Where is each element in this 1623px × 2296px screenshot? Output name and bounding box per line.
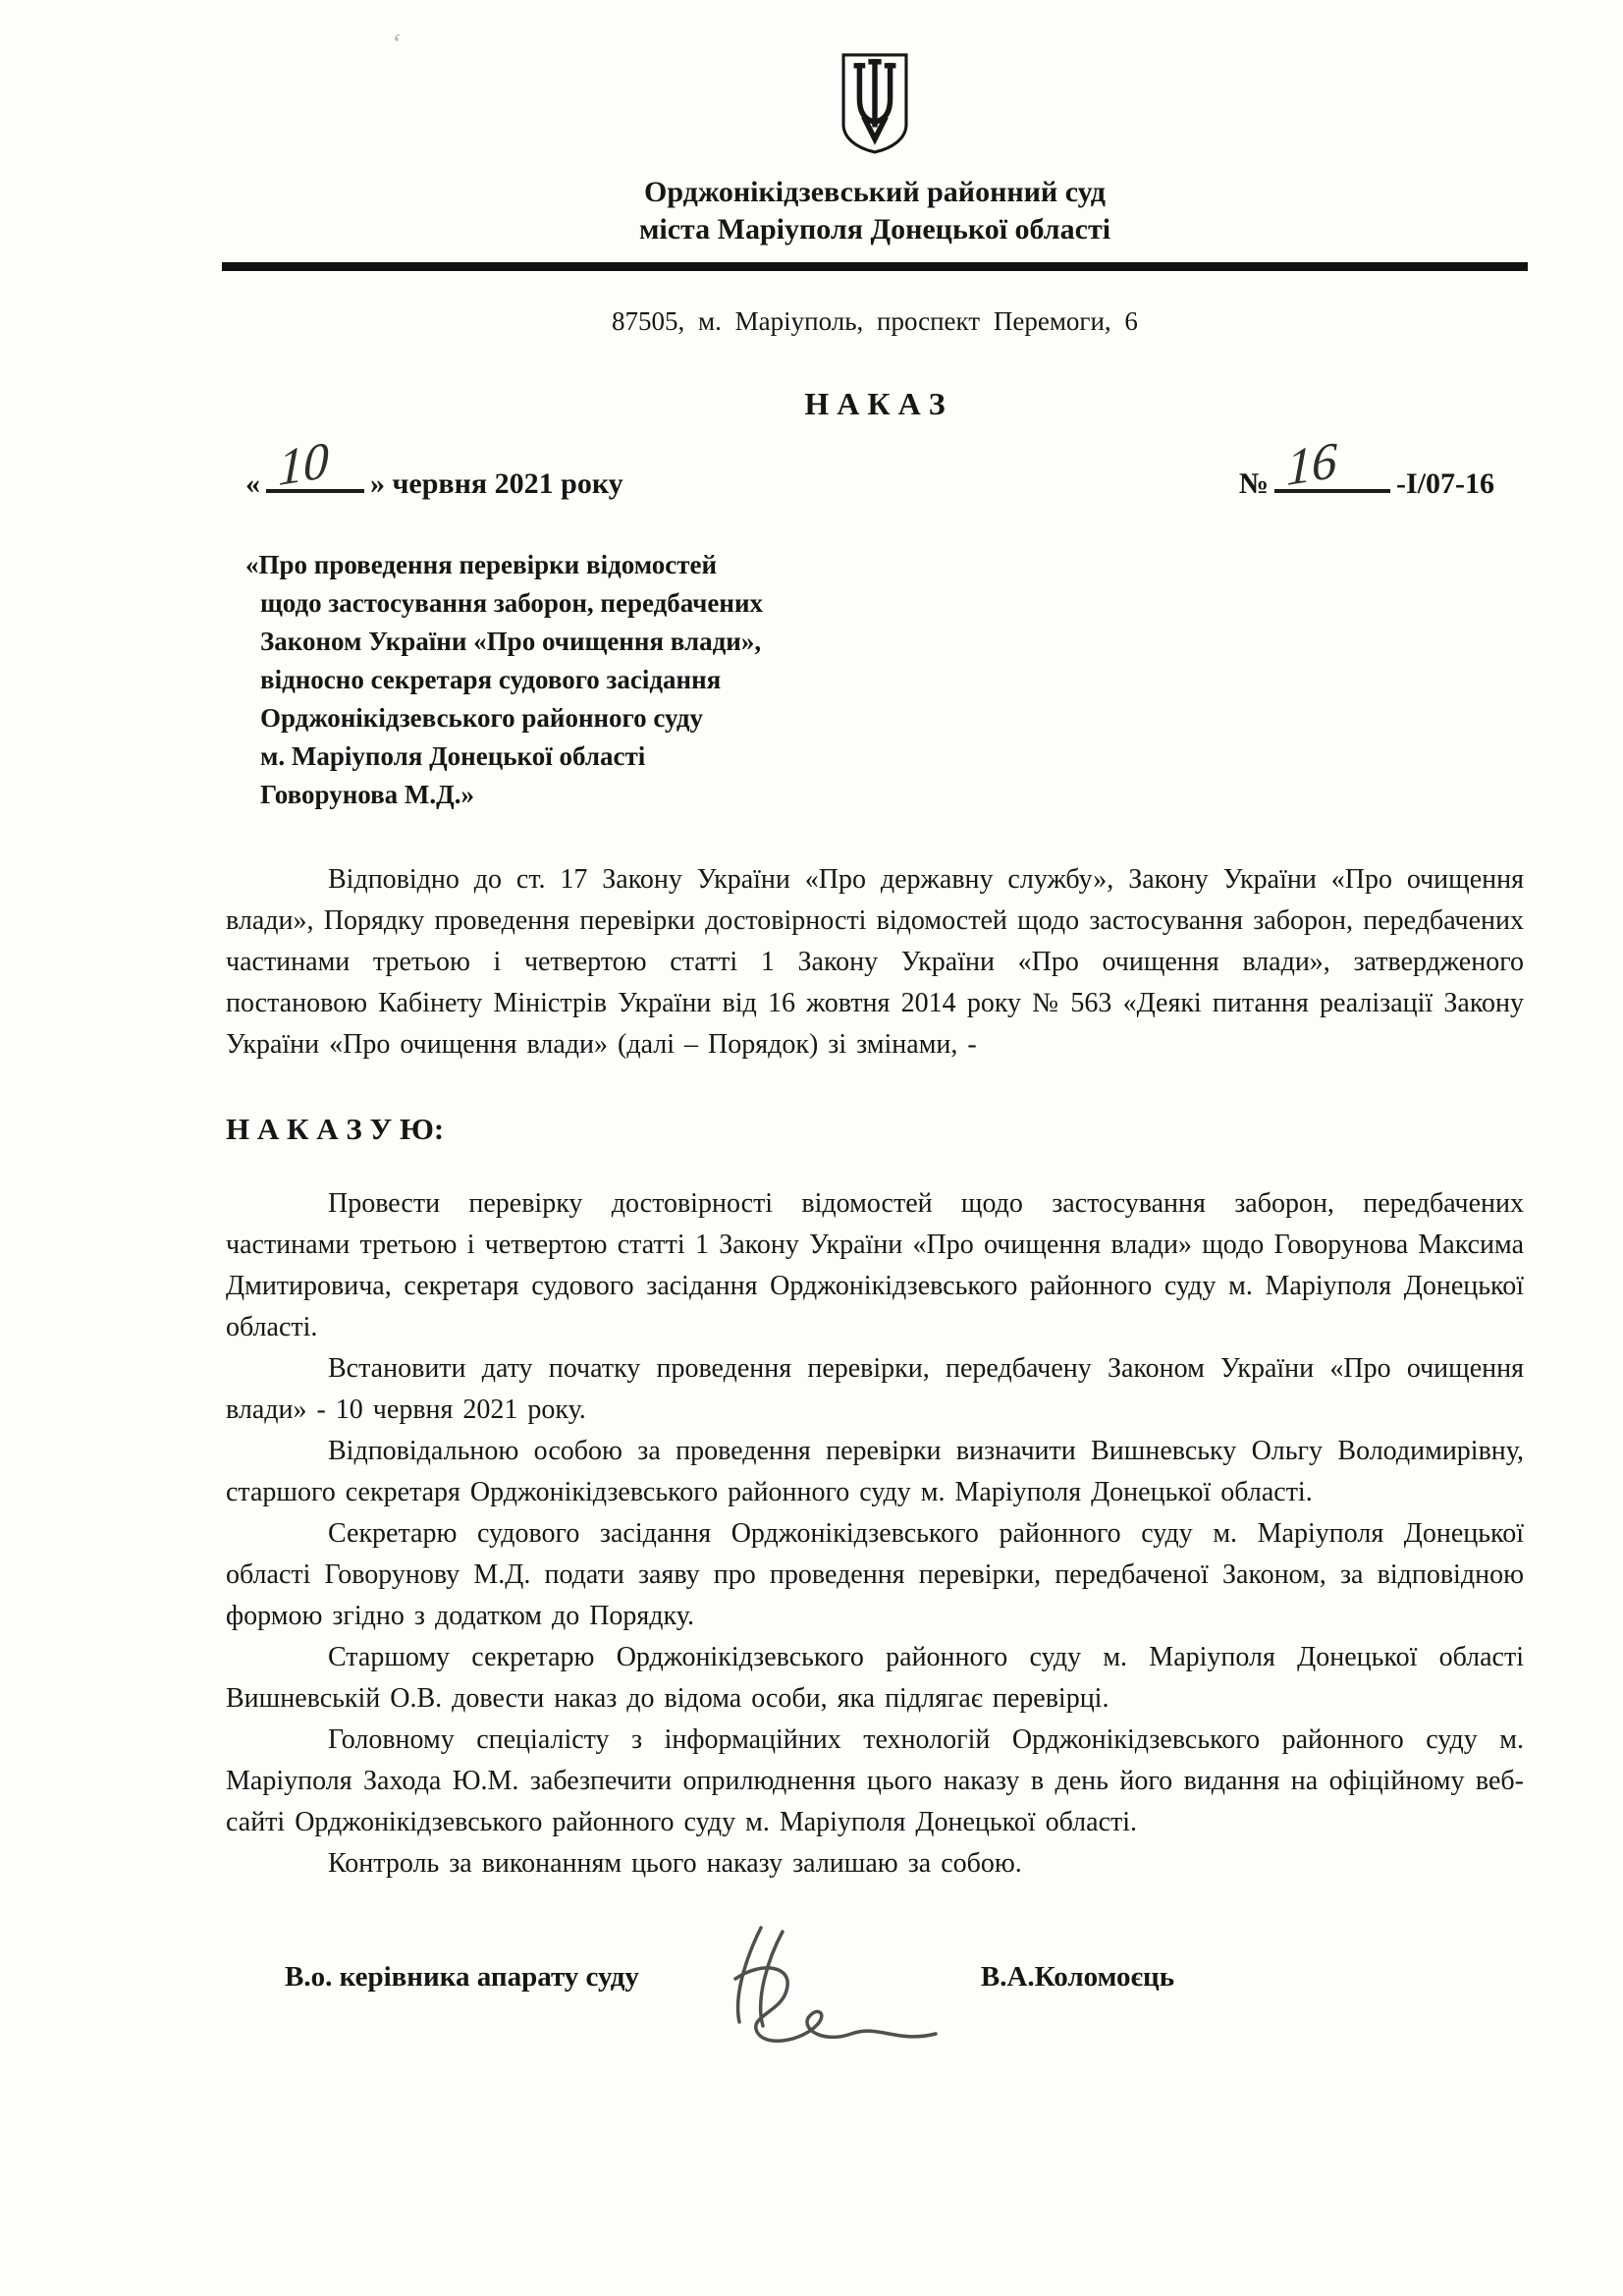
subject-line: Орджонікідзевського районного суду [245, 699, 1524, 738]
order-body: Відповідно до ст. 17 Закону України «Про… [226, 859, 1524, 1885]
date-blank-line: 10 [266, 456, 364, 493]
handwritten-signature [700, 1922, 946, 2067]
subject-line: м. Маріуполя Донецької області [245, 738, 1524, 776]
order-paragraph: Відповідальною особою за проведення пере… [226, 1431, 1524, 1513]
document-content: Орджонікідзевський районний суд міста Ма… [226, 0, 1524, 2067]
court-name-line2: міста Маріуполя Донецької області [226, 211, 1524, 248]
handwritten-date: 10 [278, 441, 329, 489]
signer-position-title: В.о. керівника апарату суду [226, 1961, 639, 1994]
number-blank-line: 16 [1274, 456, 1390, 493]
order-paragraph: Контроль за виконанням цього наказу зали… [226, 1843, 1524, 1885]
date-text: » червня 2021 року [370, 467, 623, 500]
intro-paragraph: Відповідно до ст. 17 Закону України «Про… [226, 859, 1524, 1066]
court-address: 87505, м. Маріуполь, проспект Перемоги, … [226, 306, 1524, 337]
order-paragraph: Старшому секретарю Орджонікідзевського р… [226, 1637, 1524, 1720]
order-title: Н А К А З [226, 386, 1524, 422]
court-name: Орджонікідзевський районний суд міста Ма… [226, 174, 1524, 248]
order-paragraph: Головному спеціалісту з інформаційних те… [226, 1720, 1524, 1843]
ukraine-trident-icon [837, 51, 913, 160]
handwritten-number: 16 [1286, 441, 1337, 489]
date-open-quote: « [245, 467, 260, 500]
decree-paragraphs: Провести перевірку достовірності відомос… [226, 1183, 1524, 1885]
subject-line: щодо застосування заборон, передбачених [245, 584, 1524, 623]
subject-line: Говорунова М.Д.» [245, 776, 1524, 814]
signer-name: В.А.Коломоєць [981, 1961, 1174, 1994]
court-name-line1: Орджонікідзевський районний суд [226, 174, 1524, 211]
subject-line: Законом України «Про очищення влади», [245, 623, 1524, 661]
order-paragraph: Встановити дату початку проведення перев… [226, 1348, 1524, 1431]
scanned-document-page: ʻ Орджонікідзевський районний суд [0, 0, 1623, 2296]
order-date: «10» червня 2021 року [245, 456, 623, 501]
order-paragraph: Провести перевірку достовірності відомос… [226, 1183, 1524, 1348]
signature-block: В.о. керівника апарату суду В.А.Коломоєц… [226, 1961, 1524, 2067]
number-sign: № [1239, 467, 1269, 500]
document-header: Орджонікідзевський районний суд міста Ма… [226, 0, 1524, 248]
number-text: -І/07-16 [1396, 467, 1494, 500]
decree-heading: Н А К А З У Ю: [226, 1109, 1524, 1150]
order-number: №16-І/07-16 [1239, 456, 1494, 501]
order-paragraph: Секретарю судового засідання Орджонікідз… [226, 1513, 1524, 1637]
subject-line: «Про проведення перевірки відомостей [245, 546, 1524, 584]
subject-line: відносно секретаря судового засідання [245, 661, 1524, 699]
order-subject: «Про проведення перевірки відомостей щод… [226, 546, 1524, 814]
date-number-row: «10» червня 2021 року №16-І/07-16 [226, 456, 1524, 501]
header-divider-rule [222, 262, 1528, 271]
